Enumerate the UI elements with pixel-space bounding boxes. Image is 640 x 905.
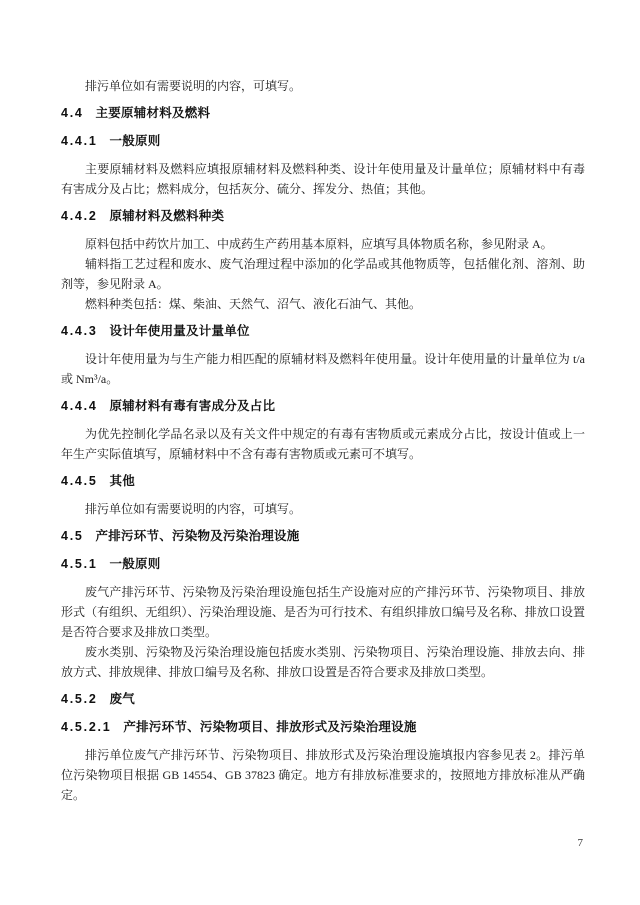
- section-title: 产排污环节、污染物项目、排放形式及污染治理设施: [123, 720, 416, 734]
- section-number: 4.5.2.1: [61, 720, 111, 734]
- section-title: 产排污环节、污染物及污染治理设施: [96, 529, 300, 543]
- paragraph: 排污单位如有需要说明的内容，可填写。: [61, 499, 585, 519]
- section-number: 4.5.2: [61, 692, 98, 706]
- paragraph: 排污单位如有需要说明的内容，可填写。: [61, 76, 585, 96]
- section-heading-4.4.4: 4.4.4原辅材料有毒有害成分及占比: [61, 396, 585, 416]
- document-page: 排污单位如有需要说明的内容，可填写。4.4主要原辅材料及燃料4.4.1一般原则主…: [0, 0, 640, 905]
- section-heading-4.4.2: 4.4.2原辅材料及燃料种类: [61, 206, 585, 226]
- paragraph: 为优先控制化学品名录以及有关文件中规定的有毒有害物质或元素成分占比，按设计值或上…: [61, 424, 585, 464]
- paragraph: 设计年使用量为与生产能力相匹配的原辅材料及燃料年使用量。设计年使用量的计量单位为…: [61, 349, 585, 389]
- section-number: 4.4.4: [61, 399, 98, 413]
- section-title: 一般原则: [109, 557, 160, 571]
- paragraph: 排污单位废气产排污环节、污染物项目、排放形式及污染治理设施填报内容参见表 2。排…: [61, 745, 585, 805]
- paragraph: 燃料种类包括：煤、柴油、天然气、沼气、液化石油气、其他。: [61, 294, 585, 314]
- paragraph: 废水类别、污染物及污染治理设施包括废水类别、污染物项目、污染治理设施、排放去向、…: [61, 642, 585, 682]
- section-heading-4.5.2.1: 4.5.2.1产排污环节、污染物项目、排放形式及污染治理设施: [61, 717, 585, 737]
- section-title: 原辅材料有毒有害成分及占比: [109, 399, 275, 413]
- section-number: 4.4.3: [61, 324, 98, 338]
- section-number: 4.4.5: [61, 474, 98, 488]
- section-heading-4.5.1: 4.5.1一般原则: [61, 554, 585, 574]
- section-title: 其他: [109, 474, 135, 488]
- section-heading-4.4.1: 4.4.1一般原则: [61, 131, 585, 151]
- section-heading-4.5.2: 4.5.2废气: [61, 689, 585, 709]
- section-title: 废气: [109, 692, 135, 706]
- section-heading-4.4: 4.4主要原辅材料及燃料: [61, 103, 585, 123]
- section-heading-4.4.3: 4.4.3设计年使用量及计量单位: [61, 321, 585, 341]
- section-title: 原辅材料及燃料种类: [109, 209, 224, 223]
- page-number: 7: [578, 836, 584, 850]
- section-number: 4.4.1: [61, 134, 98, 148]
- paragraph: 主要原辅材料及燃料应填报原辅材料及燃料种类、设计年使用量及计量单位；原辅材料中有…: [61, 159, 585, 199]
- section-number: 4.4: [61, 106, 84, 120]
- section-title: 设计年使用量及计量单位: [109, 324, 249, 338]
- paragraph: 原料包括中药饮片加工、中成药生产药用基本原料，应填写具体物质名称，参见附录 A。: [61, 234, 585, 254]
- section-heading-4.4.5: 4.4.5其他: [61, 471, 585, 491]
- section-number: 4.4.2: [61, 209, 98, 223]
- section-heading-4.5: 4.5产排污环节、污染物及污染治理设施: [61, 526, 585, 546]
- section-number: 4.5: [61, 529, 84, 543]
- section-number: 4.5.1: [61, 557, 98, 571]
- paragraph: 废气产排污环节、污染物及污染治理设施包括生产设施对应的产排污环节、污染物项目、排…: [61, 582, 585, 642]
- section-title: 主要原辅材料及燃料: [96, 106, 211, 120]
- paragraph: 辅料指工艺过程和废水、废气治理过程中添加的化学品或其他物质等，包括催化剂、溶剂、…: [61, 254, 585, 294]
- document-content: 排污单位如有需要说明的内容，可填写。4.4主要原辅材料及燃料4.4.1一般原则主…: [61, 76, 585, 805]
- section-title: 一般原则: [109, 134, 160, 148]
